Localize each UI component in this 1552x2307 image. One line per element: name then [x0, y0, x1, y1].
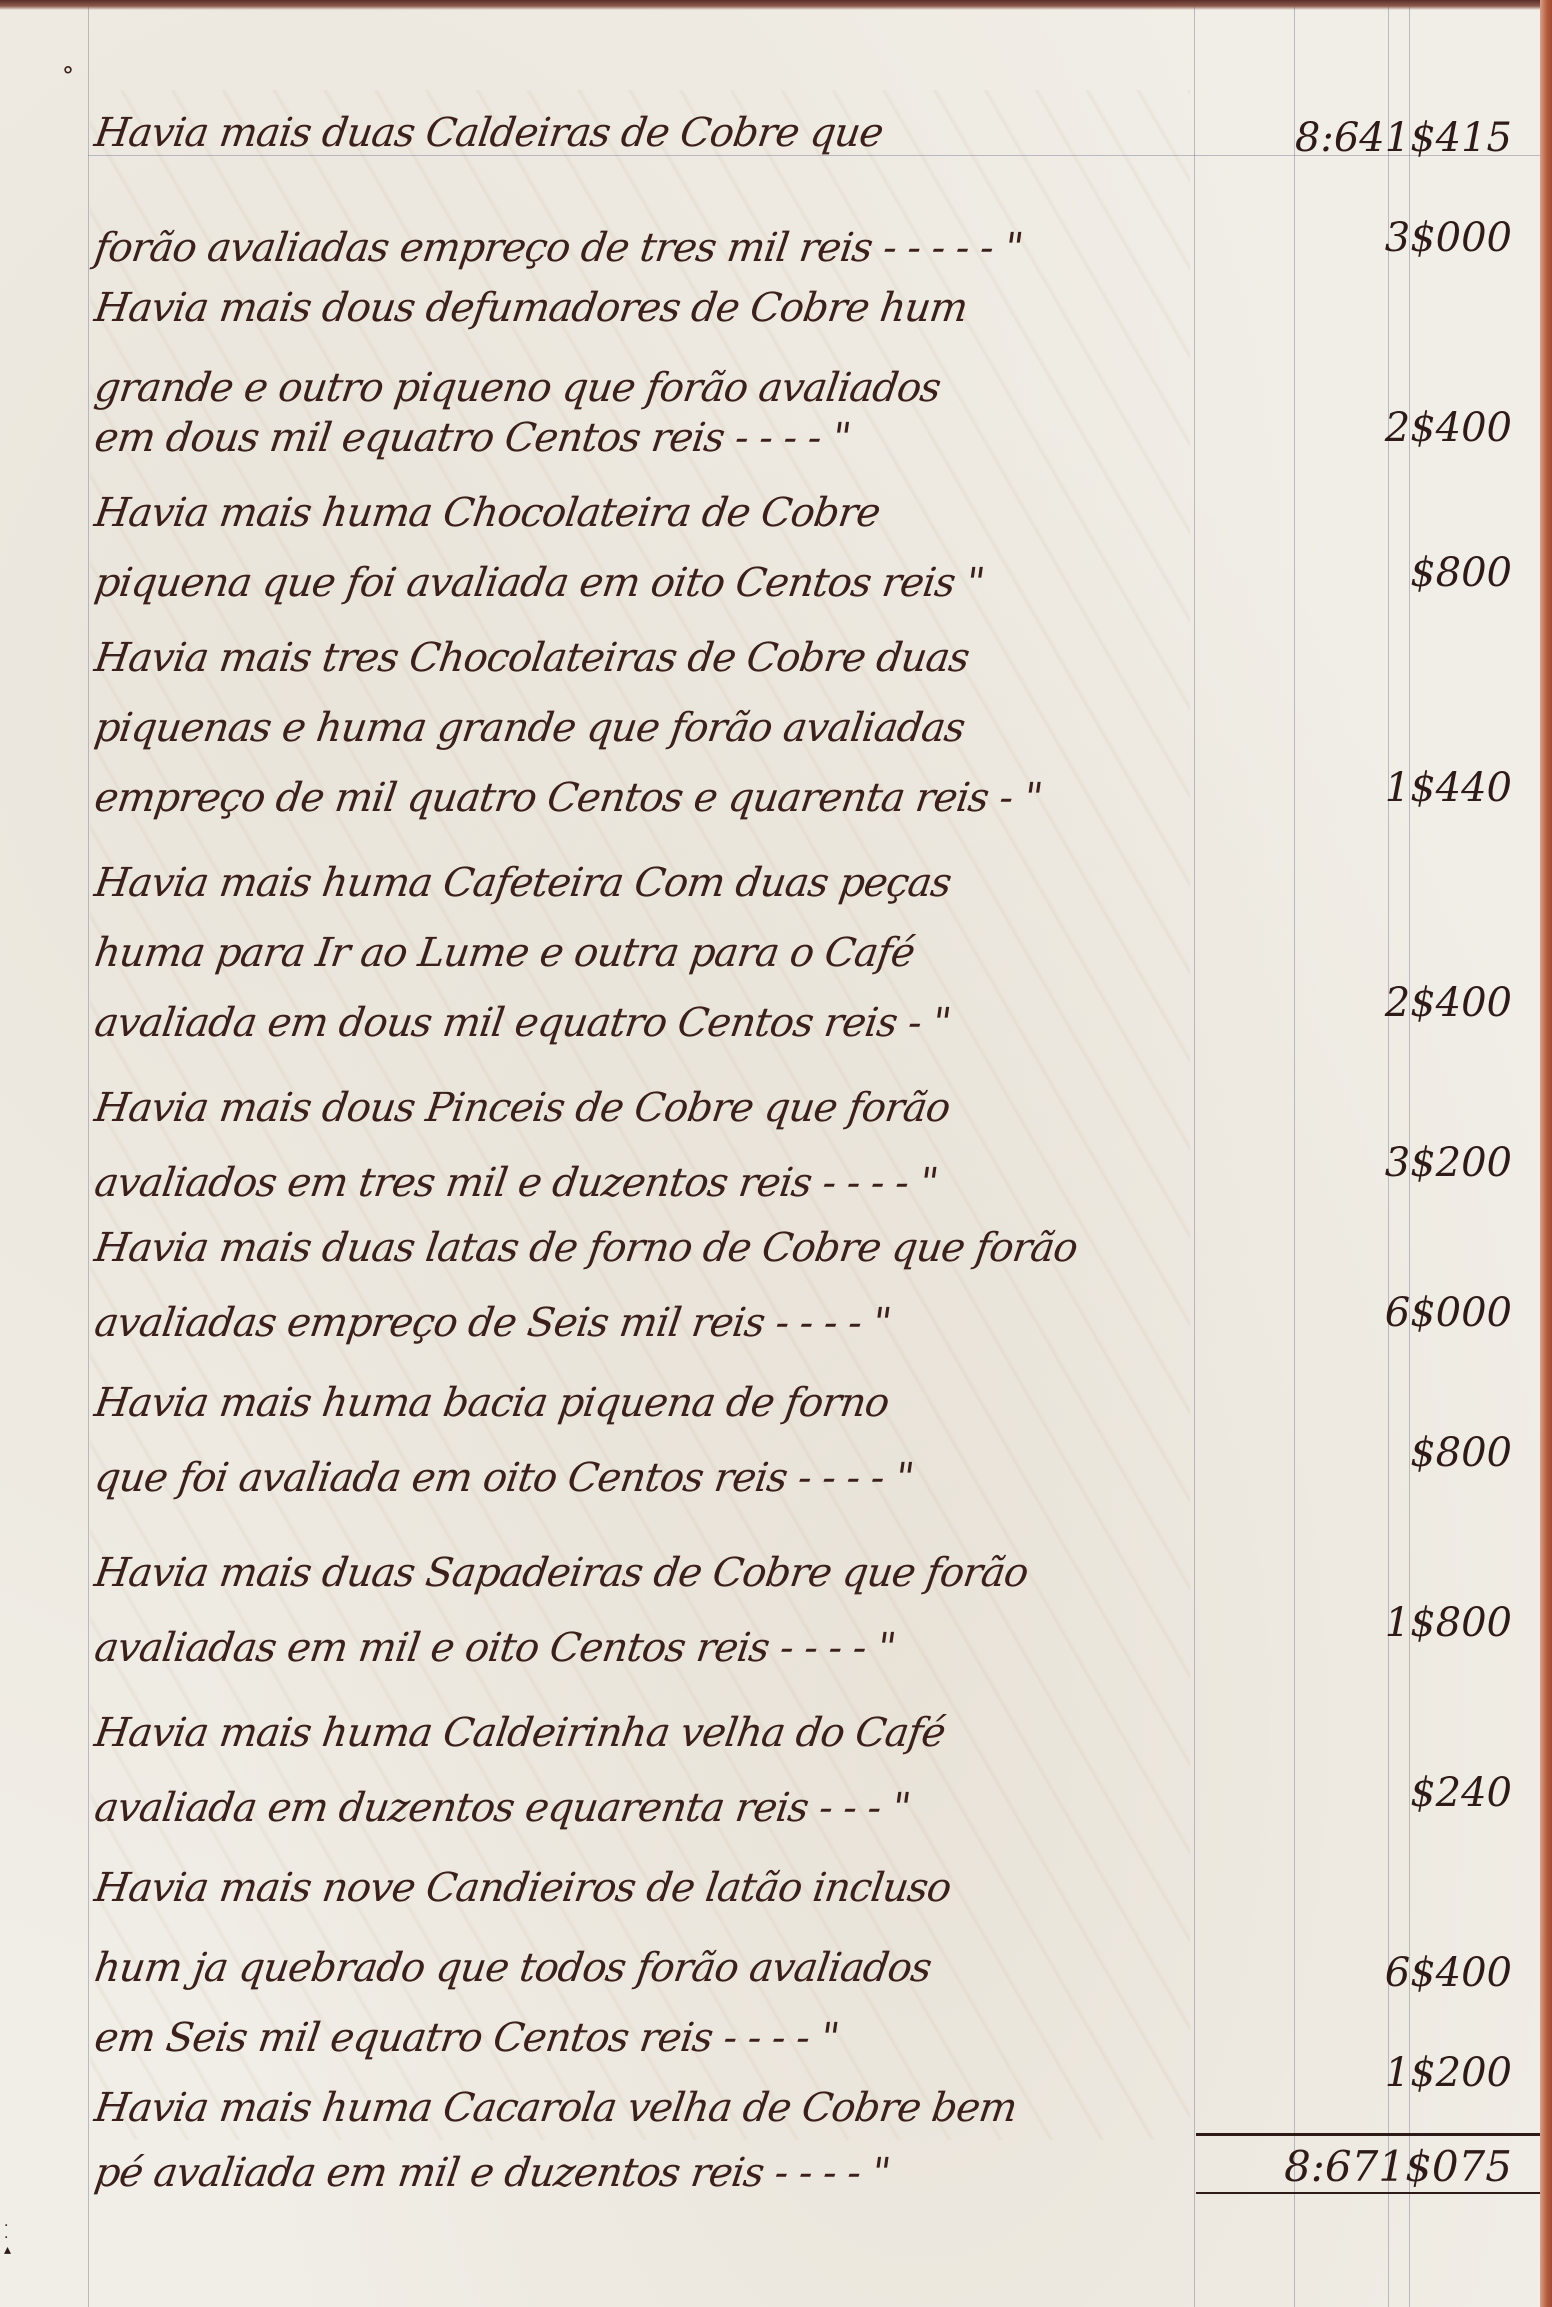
- entry-amount: 3$200: [1385, 1140, 1512, 1186]
- entry-line: que foi avaliada em oito Centos reis - -…: [92, 1455, 916, 1501]
- entry-amount: 2$400: [1385, 405, 1512, 451]
- entry-amount: 1$440: [1385, 765, 1512, 811]
- sum-rule-bottom: [1196, 2192, 1540, 2194]
- entry-line: Havia mais duas latas de forno de Cobre …: [92, 1225, 1080, 1271]
- entry-line: Havia mais huma Cacarola velha de Cobre …: [92, 2085, 1020, 2131]
- entry-line: Havia mais huma Cafeteira Com duas peças: [92, 860, 954, 906]
- ledger-page: ° Havia mais duas Caldeiras de Cobre que…: [0, 0, 1540, 2307]
- entry-line: empreço de mil quatro Centos e quarenta …: [92, 775, 1045, 821]
- entry-line: forão avaliadas empreço de tres mil reis…: [92, 225, 1025, 271]
- entry-line: avaliada em duzentos equarenta reis - - …: [92, 1785, 913, 1831]
- page-top-edge: [0, 0, 1552, 10]
- entry-line: Havia mais dous Pinceis de Cobre que for…: [92, 1085, 953, 1131]
- entry-amount: 2$400: [1385, 980, 1512, 1026]
- entry-line: Havia mais huma Chocolateira de Cobre: [92, 490, 883, 536]
- entry-line: grande e outro piqueno que forão avaliad…: [92, 365, 943, 411]
- entry-line: avaliados em tres mil e duzentos reis - …: [92, 1160, 941, 1206]
- paragraph-mark-icon: °: [62, 62, 74, 90]
- entry-amount: 3$000: [1385, 215, 1512, 261]
- total-amount: 8:671$075: [1284, 2142, 1512, 2191]
- carried-forward-amount: 8:641$415: [1295, 115, 1512, 161]
- entry-amount: 6$000: [1385, 1290, 1512, 1336]
- binding-edge: [1540, 0, 1552, 2307]
- entry-line: em dous mil equatro Centos reis - - - - …: [92, 415, 853, 461]
- entry-line: avaliadas em mil e oito Centos reis - - …: [92, 1625, 898, 1671]
- entry-amount: $240: [1410, 1770, 1512, 1816]
- entry-line: Havia mais dous defumadores de Cobre hum: [92, 285, 970, 331]
- margin-marks: ··▴: [4, 2220, 11, 2256]
- entry-line: pé avaliada em mil e duzentos reis - - -…: [92, 2150, 893, 2196]
- entry-line: avaliadas empreço de Seis mil reis - - -…: [92, 1300, 894, 1346]
- entry-line: Havia mais huma bacia piquena de forno: [92, 1380, 892, 1426]
- entry-line: piquenas e huma grande que forão avaliad…: [92, 705, 968, 751]
- column-rule-1: [1194, 0, 1195, 2307]
- entry-amount: 1$200: [1385, 2050, 1512, 2096]
- entry-line: hum ja quebrado que todos forão avaliado…: [92, 1945, 934, 1991]
- entry-amount: 1$800: [1385, 1600, 1512, 1646]
- entry-line: em Seis mil equatro Centos reis - - - - …: [92, 2015, 842, 2061]
- entry-line: huma para Ir ao Lume e outra para o Café: [92, 930, 917, 976]
- entry-line: Havia mais nove Candieiros de latão incl…: [92, 1865, 954, 1911]
- entry-amount: $800: [1410, 550, 1512, 596]
- entry-line: piquena que foi avaliada em oito Centos …: [92, 560, 987, 606]
- entry-line: Havia mais huma Caldeirinha velha do Caf…: [92, 1710, 948, 1756]
- column-rule-2: [1294, 0, 1295, 2307]
- sum-rule-top: [1196, 2133, 1540, 2136]
- entry-amount: $800: [1410, 1430, 1512, 1476]
- entry-line: Havia mais duas Caldeiras de Cobre que: [92, 110, 886, 156]
- entry-line: avaliada em dous mil equatro Centos reis…: [92, 1000, 953, 1046]
- margin-rule: [88, 0, 89, 2307]
- entry-line: Havia mais tres Chocolateiras de Cobre d…: [92, 635, 972, 681]
- entry-line: Havia mais duas Sapadeiras de Cobre que …: [92, 1550, 1031, 1596]
- entry-amount: 6$400: [1385, 1950, 1512, 1996]
